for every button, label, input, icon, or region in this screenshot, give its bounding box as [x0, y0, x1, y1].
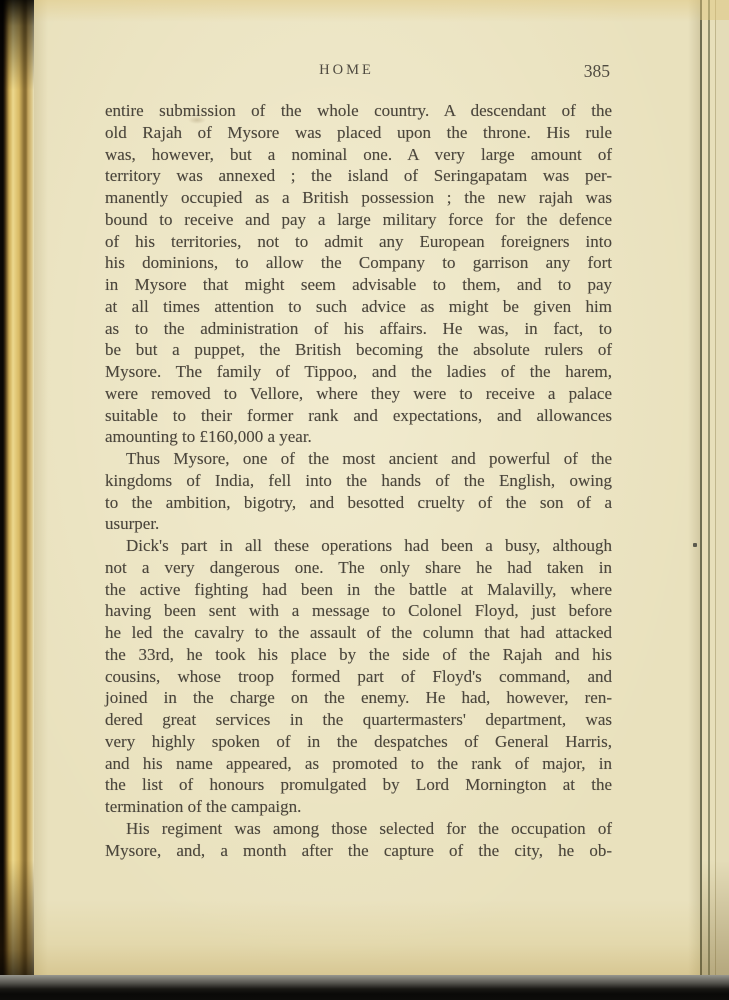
text-line: joined in the charge on the enemy. He ha… — [105, 687, 612, 709]
text-line: and his name appeared, as promoted to th… — [105, 753, 612, 775]
book-edge-bottom — [0, 975, 729, 1000]
text-line: territory was annexed ; the island of Se… — [105, 165, 612, 187]
text-line: Mysore. The family of Tippoo, and the la… — [105, 361, 612, 383]
text-line: as to the administration of his affairs.… — [105, 318, 612, 340]
text-line: manently occupied as a British possessio… — [105, 187, 612, 209]
text-line: old Rajah of Mysore was placed upon the … — [105, 122, 612, 144]
text-line: Mysore, and, a month after the capture o… — [105, 840, 612, 862]
page-edges-right — [700, 0, 729, 978]
text-line: cousins, whose troop formed part of Floy… — [105, 666, 612, 688]
text-line: be but a puppet, the British becoming th… — [105, 339, 612, 361]
text-line: the active fighting had been in the batt… — [105, 579, 612, 601]
ink-speck — [693, 543, 697, 547]
running-header: HOME 385 — [105, 62, 612, 82]
text-line: his dominions, to allow the Company to g… — [105, 252, 612, 274]
page-number: 385 — [584, 61, 610, 82]
text-line: bound to receive and pay a large militar… — [105, 209, 612, 231]
text-line: amounting to £160,000 a year. — [105, 426, 612, 448]
text-line: the list of honours promulgated by Lord … — [105, 774, 612, 796]
text-line: Dick's part in all these operations had … — [105, 535, 612, 557]
text-line: he led the cavalry to the assault of the… — [105, 622, 612, 644]
text-line: entire submission of the whole country. … — [105, 100, 612, 122]
text-line: dered great services in the quartermaste… — [105, 709, 612, 731]
text-line: of his territories, not to admit any Eur… — [105, 231, 612, 253]
text-line: at all times attention to such advice as… — [105, 296, 612, 318]
running-header-title: HOME — [93, 62, 600, 79]
text-line: usurper. — [105, 513, 612, 535]
page-body: entire submission of the whole country. … — [105, 100, 612, 861]
text-line: to the ambition, bigotry, and besotted c… — [105, 492, 612, 514]
text-line: the 33rd, he took his place by the side … — [105, 644, 612, 666]
text-line: His regiment was among those selected fo… — [105, 818, 612, 840]
book-binding-left — [0, 0, 34, 1000]
text-line: Thus Mysore, one of the most ancient and… — [105, 448, 612, 470]
text-line: having been sent with a message to Colon… — [105, 600, 612, 622]
text-line: suitable to their former rank and expect… — [105, 405, 612, 427]
text-line: were removed to Vellore, where they were… — [105, 383, 612, 405]
text-line: not a very dangerous one. The only share… — [105, 557, 612, 579]
text-line: kingdoms of India, fell into the hands o… — [105, 470, 612, 492]
text-line: in Mysore that might seem advisable to t… — [105, 274, 612, 296]
text-line: very highly spoken of in the despatches … — [105, 731, 612, 753]
text-line: termination of the campaign. — [105, 796, 612, 818]
text-line: was, however, but a nominal one. A very … — [105, 144, 612, 166]
page-content: HOME 385 entire submission of the whole … — [105, 0, 612, 978]
